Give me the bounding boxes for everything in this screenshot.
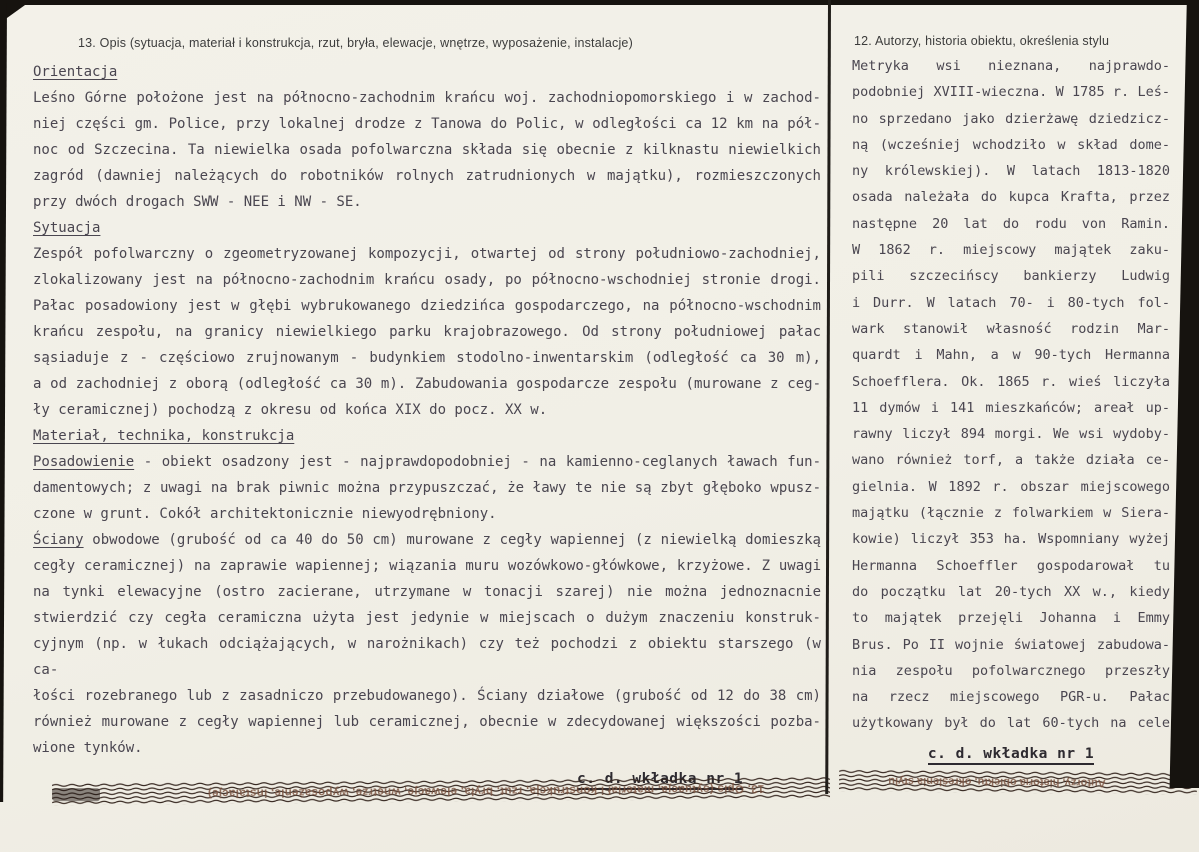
text-line: stwierdzić czy cegła ceramiczna użyta je… <box>33 605 821 631</box>
text-line: wano również torf, a także działa ce- <box>852 447 1170 473</box>
text-line: również murowane z cegły wapiennej lub c… <box>33 709 821 735</box>
text-line: rawny liczył 894 morgi. We wsi wydoby- <box>852 421 1170 447</box>
printed-form-label-12: 12. Autorzy, historia obiektu, określeni… <box>852 34 1170 48</box>
text-line: krańcu zespołu, na granicy niewielkiego … <box>33 319 821 345</box>
text-line: a od zachodniej z oborą (odległość ca 30… <box>33 371 821 397</box>
text-line: damentowych; z uwagi na brak piwnic możn… <box>33 475 821 501</box>
text-line: ły ceramicznej) pochodzą z okresu od koń… <box>33 397 821 423</box>
text-line: Zespół pofolwarczny o zgeometryzowanej k… <box>33 241 821 267</box>
text-line: wione tynków. <box>33 735 821 761</box>
text-line: na rzecz miejscowego PGR-u. Pałac <box>852 684 1170 710</box>
text-line: Hermanna Schoeffler gospodarował tu <box>852 553 1170 579</box>
crossed-out-showthrough-band-right: Autorzy, historia obiektu, określenia st… <box>839 769 1197 794</box>
text-line: majątku (łącznie z folwarkiem w Siera- <box>852 500 1170 526</box>
text-line: następne 20 lat do rodu von Ramin. <box>852 211 1170 237</box>
scan-edge-top <box>0 0 1199 5</box>
lead-word: Posadowienie <box>33 454 134 470</box>
text-line: noc od Szczecina. Ta niewielka osada pof… <box>33 137 821 163</box>
text-line: cyjnym (np. w łukach odciążających, w na… <box>33 631 821 683</box>
text-line: Posadowienie - obiekt osadzony jest - na… <box>33 449 821 475</box>
subsection-heading-text: Sytuacja <box>33 220 100 236</box>
text-line: łości rozebranego lub z zasadniczo przeb… <box>33 683 821 709</box>
right-column-body: Metryka wsi nieznana, najprawdo-podobnie… <box>852 53 1170 737</box>
right-continuation-note: c. d. wkładka nr 1 <box>928 746 1094 765</box>
text-line: 11 dymów i 141 mieszkańców; areał up- <box>852 395 1170 421</box>
text-line: pili szczecińscy bankierzy Ludwig <box>852 263 1170 289</box>
lead-word: Ściany <box>33 532 84 548</box>
subsection-heading-text: Orientacja <box>33 64 117 80</box>
text-line: Brus. Po II wojnie światowej zabudowa- <box>852 632 1170 658</box>
text-line: podobniej XVIII-wieczna. W 1785 r. Leś- <box>852 79 1170 105</box>
text-line: do początku lat 20-tych XX w., kiedy <box>852 579 1170 605</box>
ink-blot <box>52 788 100 801</box>
subsection-heading: Orientacja <box>33 59 821 85</box>
text-line: gielnia. W 1892 r. obszar miejscowego <box>852 474 1170 500</box>
text-line: Pałac posadowiony jest w głębi wybrukowa… <box>33 293 821 319</box>
text-line: i Durr. W latach 70- i 80-tych fol- <box>852 290 1170 316</box>
text-line: to majątek przejęli Johanna i Emmy <box>852 605 1170 631</box>
text-line: Leśno Górne położone jest na północno-za… <box>33 85 821 111</box>
text-line: kowie) liczył 353 ha. Wspomniany wyżej <box>852 526 1170 552</box>
subsection-heading-text: Materiał, technika, konstrukcja <box>33 428 294 444</box>
text-line: Schoefflera. Ok. 1865 r. wieś liczyła <box>852 369 1170 395</box>
text-line: przy dwóch drogach SWW - NEE i NW - SE. <box>33 189 821 215</box>
text-line: ny królewskiej). W latach 1813-1820 <box>852 158 1170 184</box>
text-line: W 1862 r. miejscowy majątek zaku- <box>852 237 1170 263</box>
subsection-heading: Materiał, technika, konstrukcja <box>33 423 821 449</box>
text-line: Metryka wsi nieznana, najprawdo- <box>852 53 1170 79</box>
mirrored-showthrough-text-right: Autorzy, historia obiektu, określenia st… <box>849 769 1145 794</box>
text-line: niej części gm. Police, przy lokalnej dr… <box>33 111 821 137</box>
text-line: osada należała do kupca Krafta, przez <box>852 184 1170 210</box>
text-line: quardt i Mahn, a w 90-tych Hermanna <box>852 342 1170 368</box>
text-line: użytkowany był do lat 60-tych na cele <box>852 710 1170 736</box>
left-column-section-13: 13. Opis (sytuacja, materiał i konstrukc… <box>33 36 821 787</box>
left-column-body: OrientacjaLeśno Górne położone jest na p… <box>33 59 821 761</box>
text-line: Ściany obwodowe (grubość od ca 40 do 50 … <box>33 527 821 553</box>
text-line: sąsiaduje z - częściowo zrujnowanym - bu… <box>33 345 821 371</box>
printed-form-label-13: 13. Opis (sytuacja, materiał i konstrukc… <box>33 36 821 50</box>
text-line: nia zespołu pofolwarcznego przeszły <box>852 658 1170 684</box>
text-line: ną (wcześniej wchodziło w skład dome- <box>852 132 1170 158</box>
right-column-section-12: 12. Autorzy, historia obiektu, określeni… <box>852 34 1170 762</box>
text-line: zagród (dawniej należących do robotników… <box>33 163 821 189</box>
subsection-heading: Sytuacja <box>33 215 821 241</box>
text-line: na tynki elewacyjne (ostro zacierane, ut… <box>33 579 821 605</box>
text-line: wark stanowił własność rodzin Mar- <box>852 316 1170 342</box>
scanned-document-page: { "colors": { "paper": "#f1efe6", "typew… <box>0 0 1199 852</box>
text-line: no sprzedano jako dzierżawę dziedzicz- <box>852 106 1170 132</box>
right-continuation-note-row: c. d. wkładka nr 1 <box>852 743 1170 762</box>
text-line: cegły ceramicznej) na zaprawie wapiennej… <box>33 553 821 579</box>
text-line: czone w grunt. Cokół architektonicznie n… <box>33 501 821 527</box>
text-line: zlokalizowany jest na północno-zachodnim… <box>33 267 821 293</box>
